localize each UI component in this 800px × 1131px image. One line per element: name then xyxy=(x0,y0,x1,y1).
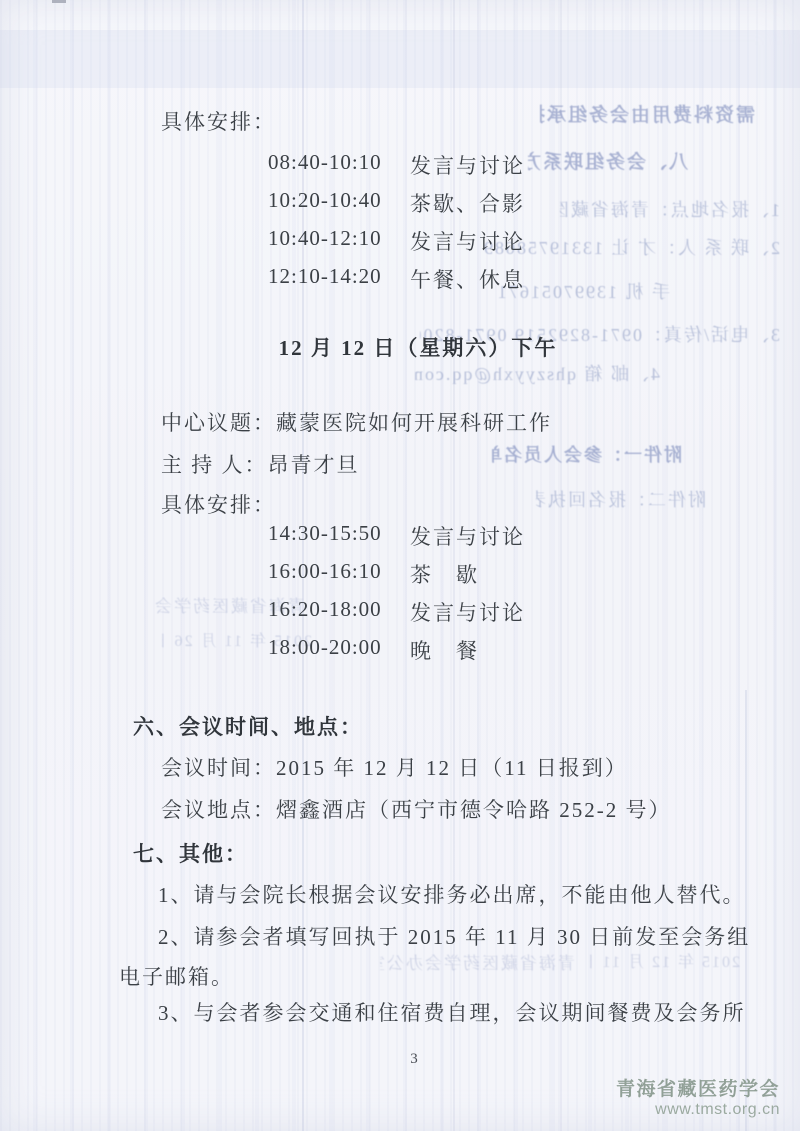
schedule-row: 10:20-10:40 茶歇、合影 xyxy=(0,188,800,214)
watermark-url: www.tmst.org.cn xyxy=(616,1101,780,1119)
bleedthrough-line: 附件二：报名回执表 xyxy=(536,486,706,512)
schedule-row: 10:40-12:10 发言与讨论 xyxy=(0,226,800,252)
schedule-activity: 发言与讨论 xyxy=(410,597,525,627)
scanned-document-page: 需资料费用由会务组承担。 八、会务组联系方式： 1、报名地点：青海省藏医 2、联… xyxy=(0,0,800,1131)
schedule-row: 08:40-10:10 发言与讨论 xyxy=(0,150,800,176)
other-item-1: 1、请与会院长根据会议安排务必出席，不能由他人替代。 xyxy=(158,879,746,909)
bleedthrough-line: 4、邮 箱 qhszyyxh@qq.com xyxy=(415,360,660,386)
scan-light-band xyxy=(0,30,800,88)
schedule-row: 14:30-15:50 发言与讨论 xyxy=(0,521,800,547)
section-seven-title: 七、其他： xyxy=(133,838,248,868)
schedule-time: 18:00-20:00 xyxy=(268,635,382,660)
schedule-activity: 发言与讨论 xyxy=(410,226,525,256)
schedule-activity: 茶歇、合影 xyxy=(410,188,525,218)
schedule-time: 16:20-18:00 xyxy=(268,597,382,622)
bleedthrough-line: 附件一：参会人员名单 xyxy=(492,441,682,467)
bleedthrough-line: 2015 年 12 月 11 日 xyxy=(590,949,740,972)
bleedthrough-line: 需资料费用由会务组承担。 xyxy=(540,100,755,127)
scan-edge-mark xyxy=(52,0,66,3)
meeting-time-line: 会议时间：2015 年 12 月 12 日（11 日报到） xyxy=(161,752,628,782)
afternoon-schedule-label: 具体安排： xyxy=(161,489,276,519)
other-item-2: 2、请参会者填写回执于 2015 年 11 月 30 日前发至会务组 xyxy=(158,921,750,951)
schedule-row: 16:00-16:10 茶 歇 xyxy=(0,559,800,585)
meeting-place-line: 会议地点：熠鑫酒店（西宁市德令哈路 252-2 号） xyxy=(161,794,672,824)
schedule-activity: 午餐、休息 xyxy=(410,264,525,294)
watermark: 青海省藏医药学会 www.tmst.org.cn xyxy=(616,1080,780,1118)
topic-line: 中心议题：藏蒙医院如何开展科研工作 xyxy=(161,407,552,437)
page-number: 3 xyxy=(0,1051,800,1068)
schedule-time: 10:40-12:10 xyxy=(268,226,382,251)
schedule-activity: 发言与讨论 xyxy=(410,150,525,180)
section-six-title: 六、会议时间、地点： xyxy=(133,711,363,741)
schedule-time: 14:30-15:50 xyxy=(268,521,382,546)
schedule-activity: 晚 餐 xyxy=(410,635,479,665)
watermark-org-name: 青海省藏医药学会 xyxy=(616,1080,780,1101)
schedule-activity: 发言与讨论 xyxy=(410,521,525,551)
schedule-time: 10:20-10:40 xyxy=(268,188,382,213)
schedule-time: 08:40-10:10 xyxy=(268,150,382,175)
afternoon-session-heading: 12 月 12 日（星期六）下午 xyxy=(18,332,800,362)
other-item-3: 3、与会者参会交通和住宿费自理，会议期间餐费及会务所 xyxy=(158,997,746,1027)
host-line: 主 持 人：昂青才旦 xyxy=(161,449,360,479)
schedule-time: 12:10-14:20 xyxy=(268,264,382,289)
other-item-2-continued: 电子邮箱。 xyxy=(119,961,234,991)
schedule-time: 16:00-16:10 xyxy=(268,559,382,584)
schedule-row: 12:10-14:20 午餐、休息 xyxy=(0,264,800,290)
bleedthrough-line: 青海省藏医药学会办公室 xyxy=(380,949,575,974)
schedule-row: 16:20-18:00 发言与讨论 xyxy=(0,597,800,623)
schedule-activity: 茶 歇 xyxy=(410,559,479,589)
schedule-row: 18:00-20:00 晚 餐 xyxy=(0,635,800,661)
morning-schedule-label: 具体安排： xyxy=(161,106,276,136)
